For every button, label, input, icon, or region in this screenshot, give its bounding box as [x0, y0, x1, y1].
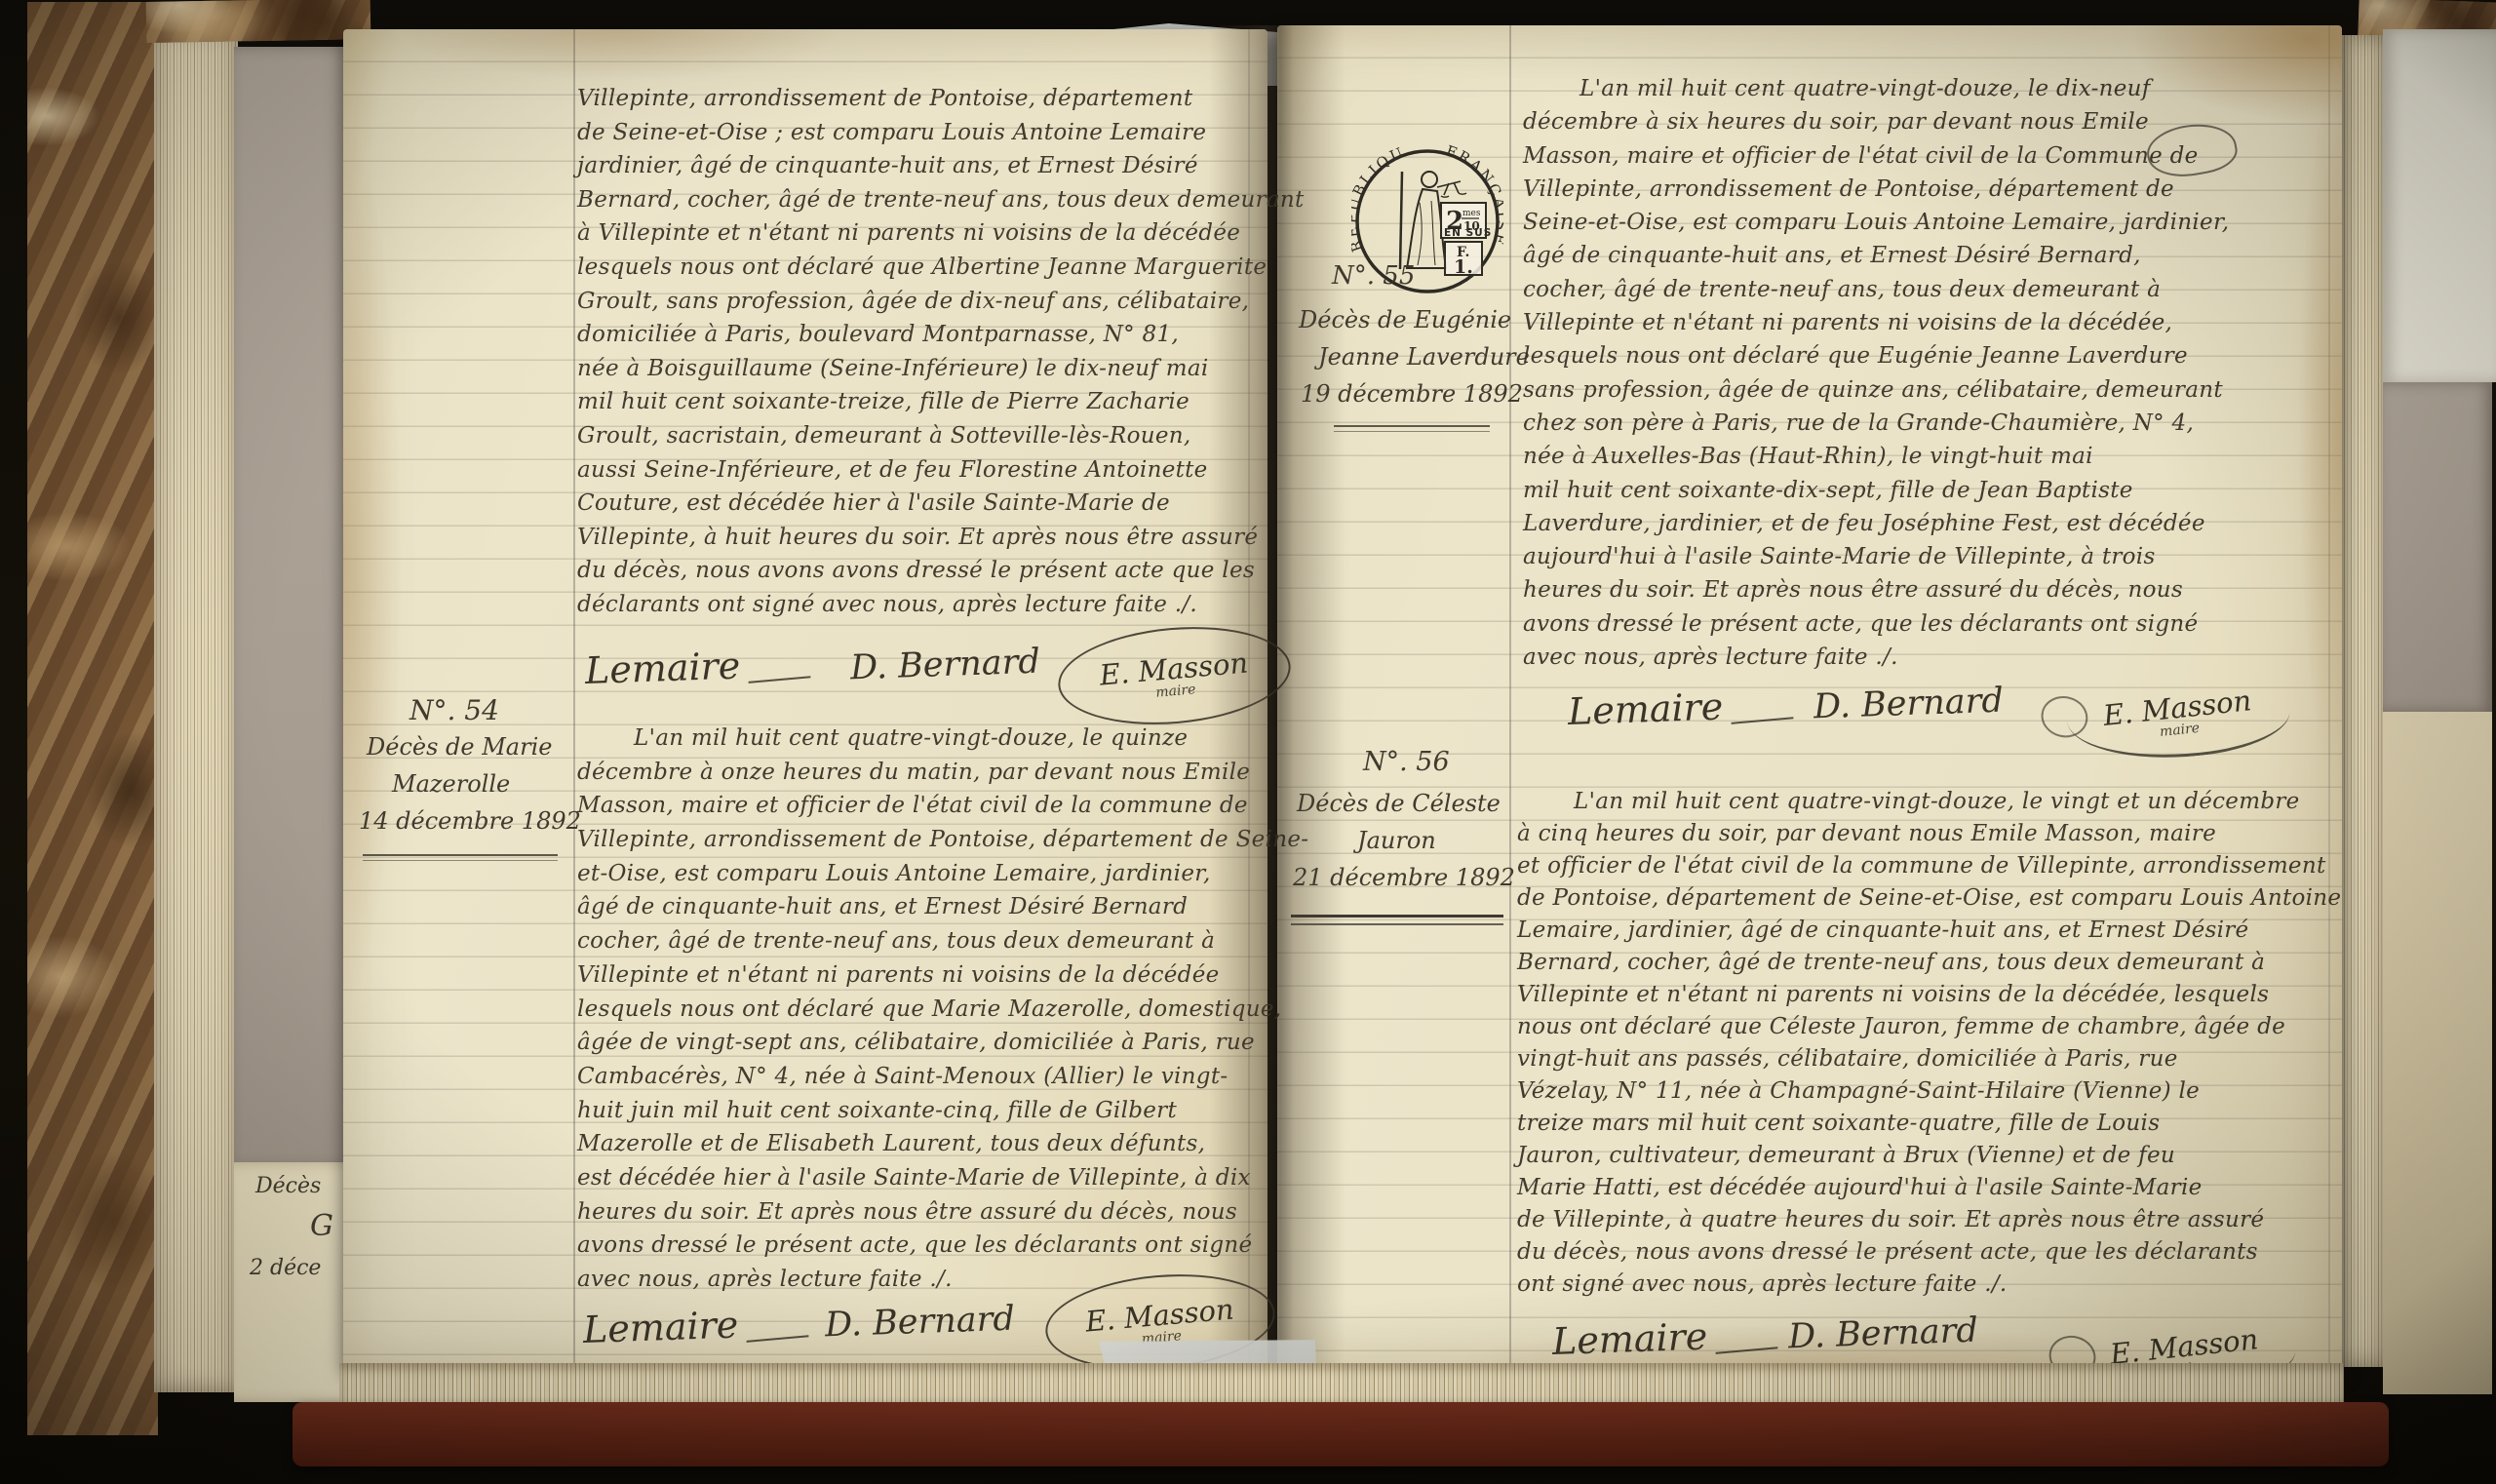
manuscript-line: de Seine-et-Oise ; est comparu Louis Ant…	[577, 116, 1305, 150]
manuscript-line: cocher, âgé de trente-neuf ans, tous deu…	[577, 924, 1308, 958]
manuscript-line: vingt-huit ans passés, célibataire, domi…	[1517, 1043, 2341, 1075]
stamp-arc-left-text: RÉPUBLIQUE	[1351, 144, 1408, 254]
manuscript-line: Bernard, cocher, âgé de trente-neuf ans,…	[577, 183, 1305, 217]
manuscript-line: nous ont déclaré que Céleste Jauron, fem…	[1517, 1011, 2341, 1043]
manuscript-line: décembre à onze heures du matin, par dev…	[577, 756, 1308, 790]
manuscript-line: heures du soir. Et après nous être assur…	[1523, 573, 2229, 606]
manuscript-line: déclarants ont signé avec nous, après le…	[577, 588, 1305, 622]
manuscript-line: Bernard, cocher, âgé de trente-neuf ans,…	[1517, 947, 2341, 979]
manuscript-line: à Villepinte et n'étant ni parents ni vo…	[577, 216, 1305, 251]
manuscript-line: Seine-et-Oise, est comparu Louis Antoine…	[1523, 206, 2229, 239]
manuscript-line: heures du soir. Et après nous être assur…	[577, 1195, 1308, 1230]
stamp-surtax-sup: mes	[1462, 209, 1481, 218]
manuscript-line: de Pontoise, département de Seine-et-Ois…	[1517, 882, 2341, 915]
manuscript-line: mil huit cent soixante-dix-sept, fille d…	[1523, 474, 2229, 507]
margin-note-54-line1: Décès de Marie	[367, 733, 552, 761]
act-continuation-text: Villepinte, arrondissement de Pontoise, …	[577, 82, 1305, 622]
manuscript-line: lesquels nous ont déclaré que Marie Maze…	[577, 993, 1308, 1027]
manuscript-line: Villepinte et n'étant ni parents ni vois…	[577, 958, 1308, 993]
manuscript-line: avec nous, après lecture faite ./.	[1523, 641, 2229, 674]
signature-lemaire: Lemaire	[1567, 683, 1794, 733]
signature-masson-title: maire	[2159, 721, 2201, 740]
manuscript-line: domiciliée à Paris, boulevard Montparnas…	[577, 318, 1305, 352]
manuscript-line: treize mars mil huit cent soixante-quatr…	[1517, 1108, 2341, 1140]
fragment-line: 2 déce	[250, 1256, 321, 1280]
manuscript-line: née à Auxelles-Bas (Haut-Rhin), le vingt…	[1523, 440, 2229, 473]
manuscript-line: Jauron, cultivateur, demeurant à Brux (V…	[1517, 1140, 2341, 1172]
margin-note-54-number: N°. 54	[409, 694, 499, 726]
manuscript-line: avons dressé le présent acte, que les dé…	[577, 1229, 1308, 1263]
manuscript-line: Masson, maire et officier de l'état civi…	[577, 789, 1308, 823]
manuscript-line: cocher, âgé de trente-neuf ans, tous deu…	[1523, 273, 2229, 306]
manuscript-line: née à Boisguillaume (Seine-Inférieure) l…	[577, 352, 1305, 386]
signature-lemaire: Lemaire	[582, 1301, 809, 1351]
manuscript-line: avons dressé le présent acte, que les dé…	[1523, 607, 2229, 641]
act-56-text: L'an mil huit cent quatre-vingt-douze, l…	[1517, 786, 2341, 1301]
stamp-franc-value: 1.	[1454, 256, 1473, 278]
register-photo: Décès G 2 déce Villepinte, arrondissemen…	[0, 0, 2496, 1484]
gutter-shadow	[1209, 25, 1345, 1371]
manuscript-line: ont signé avec nous, après lecture faite…	[1517, 1269, 2341, 1301]
stamp-surtax-caption: EN SUS	[1444, 227, 1492, 239]
margin-note-56-number: N°. 56	[1363, 747, 1450, 777]
manuscript-line: lesquels nous ont déclaré que Eugénie Je…	[1523, 339, 2229, 372]
manuscript-line: chez son père à Paris, rue de la Grande-…	[1523, 407, 2229, 440]
manuscript-line: aussi Seine-Inférieure, et de feu Flores…	[577, 453, 1305, 488]
fragment-line: G	[310, 1209, 333, 1243]
signature-bernard: D. Bernard	[849, 643, 1040, 688]
manuscript-line: Villepinte, arrondissement de Pontoise, …	[577, 823, 1308, 857]
left-marbled-cover	[27, 2, 158, 1435]
margin-rule	[1509, 25, 1511, 1369]
signature-bernard: D. Bernard	[824, 1300, 1015, 1346]
margin-rule	[573, 29, 575, 1367]
bottom-cover	[292, 1402, 2389, 1466]
manuscript-line: du décès, nous avons avons dressé le pré…	[577, 554, 1305, 588]
manuscript-line: et officier de l'état civil de la commun…	[1517, 850, 2341, 882]
manuscript-line: Groult, sans profession, âgée de dix-neu…	[577, 285, 1305, 319]
act-54-text: L'an mil huit cent quatre-vingt-douze, l…	[577, 722, 1308, 1297]
right-page-edges	[2338, 35, 2385, 1367]
manuscript-line: aujourd'hui à l'asile Sainte-Marie de Vi…	[1523, 540, 2229, 573]
margin-note-55-line2: Jeanne Laverdure	[1318, 343, 1530, 371]
manuscript-line: Laverdure, jardinier, et de feu Joséphin…	[1523, 507, 2229, 540]
manuscript-line: Villepinte et n'étant ni parents ni vois…	[1523, 306, 2229, 339]
signature-masson-title: maire	[1155, 682, 1196, 701]
manuscript-line: huit juin mil huit cent soixante-cinq, f…	[577, 1094, 1308, 1128]
signature-bernard: D. Bernard	[1787, 1311, 1978, 1357]
signature-bernard: D. Bernard	[1813, 682, 2004, 727]
manuscript-line: de Villepinte, à quatre heures du soir. …	[1517, 1204, 2341, 1236]
manuscript-line: sans profession, âgée de quinze ans, cél…	[1523, 373, 2229, 407]
act-55-text: L'an mil huit cent quatre-vingt-douze, l…	[1523, 72, 2229, 674]
stamp-figure-head	[1422, 172, 1437, 187]
manuscript-line: Villepinte, arrondissement de Pontoise, …	[577, 82, 1305, 116]
manuscript-line: est décédée hier à l'asile Sainte-Marie …	[577, 1161, 1308, 1195]
manuscript-line: Lemaire, jardinier, âgé de cinquante-hui…	[1517, 915, 2341, 947]
manuscript-line: Villepinte, arrondissement de Pontoise, …	[1523, 173, 2229, 206]
manuscript-line: et-Oise, est comparu Louis Antoine Lemai…	[577, 857, 1308, 891]
manuscript-line: du décès, nous avons dressé le présent a…	[1517, 1236, 2341, 1269]
margin-note-55-rule	[1334, 425, 1490, 432]
manuscript-line: Villepinte et n'étant ni parents ni vois…	[1517, 979, 2341, 1011]
manuscript-line: Marie Hatti, est décédée aujourd'hui à l…	[1517, 1172, 2341, 1204]
top-left-cover-edge	[146, 0, 371, 43]
manuscript-line: Groult, sacristain, demeurant à Sottevil…	[577, 419, 1305, 453]
right-flyleaf	[2383, 29, 2496, 382]
manuscript-line: Couture, est décédée hier à l'asile Sain…	[577, 487, 1305, 521]
right-hinge-strip	[2383, 382, 2492, 712]
manuscript-line: âgée de vingt-sept ans, célibataire, dom…	[577, 1026, 1308, 1060]
manuscript-line: L'an mil huit cent quatre-vingt-douze, l…	[577, 722, 1308, 756]
manuscript-line: L'an mil huit cent quatre-vingt-douze, l…	[1517, 786, 2341, 818]
margin-note-54-rule	[363, 854, 558, 861]
manuscript-line: Vézelay, N° 11, née à Champagné-Saint-Hi…	[1517, 1075, 2341, 1108]
margin-note-54-date: 14 décembre 1892	[359, 807, 581, 835]
right-cover-paper	[2383, 712, 2492, 1394]
manuscript-line: décembre à six heures du soir, par devan…	[1523, 105, 2229, 138]
manuscript-line: âgé de cinquante-huit ans, et Ernest Dés…	[1523, 239, 2229, 272]
signature-lemaire: Lemaire	[1551, 1312, 1778, 1363]
stamp-robe-folds	[1418, 201, 1435, 265]
manuscript-line: Mazerolle et de Elisabeth Laurent, tous …	[577, 1127, 1308, 1161]
manuscript-line: lesquels nous ont déclaré que Albertine …	[577, 251, 1305, 285]
fragment-line: Décès	[255, 1174, 321, 1198]
manuscript-line: jardinier, âgé de cinquante-huit ans, et…	[577, 149, 1305, 183]
signature-lemaire: Lemaire	[584, 642, 811, 692]
manuscript-line: Villepinte, à huit heures du soir. Et ap…	[577, 521, 1305, 555]
stamp-scales	[1437, 181, 1461, 195]
stamp-fasces-staff	[1400, 172, 1402, 269]
manuscript-line: mil huit cent soixante-treize, fille de …	[577, 385, 1305, 419]
margin-note-56-line2: Jauron	[1357, 827, 1436, 854]
left-page-edges	[154, 27, 238, 1392]
manuscript-line: à cinq heures du soir, par devant nous E…	[1517, 818, 2341, 850]
manuscript-line: L'an mil huit cent quatre-vingt-douze, l…	[1523, 72, 2229, 105]
margin-note-54-line2: Mazerolle	[392, 770, 510, 798]
manuscript-line: Masson, maire et officier de l'état civi…	[1523, 139, 2229, 173]
manuscript-line: âgé de cinquante-huit ans, et Ernest Dés…	[577, 890, 1308, 924]
manuscript-line: Cambacérès, N° 4, née à Saint-Menoux (Al…	[577, 1060, 1308, 1094]
